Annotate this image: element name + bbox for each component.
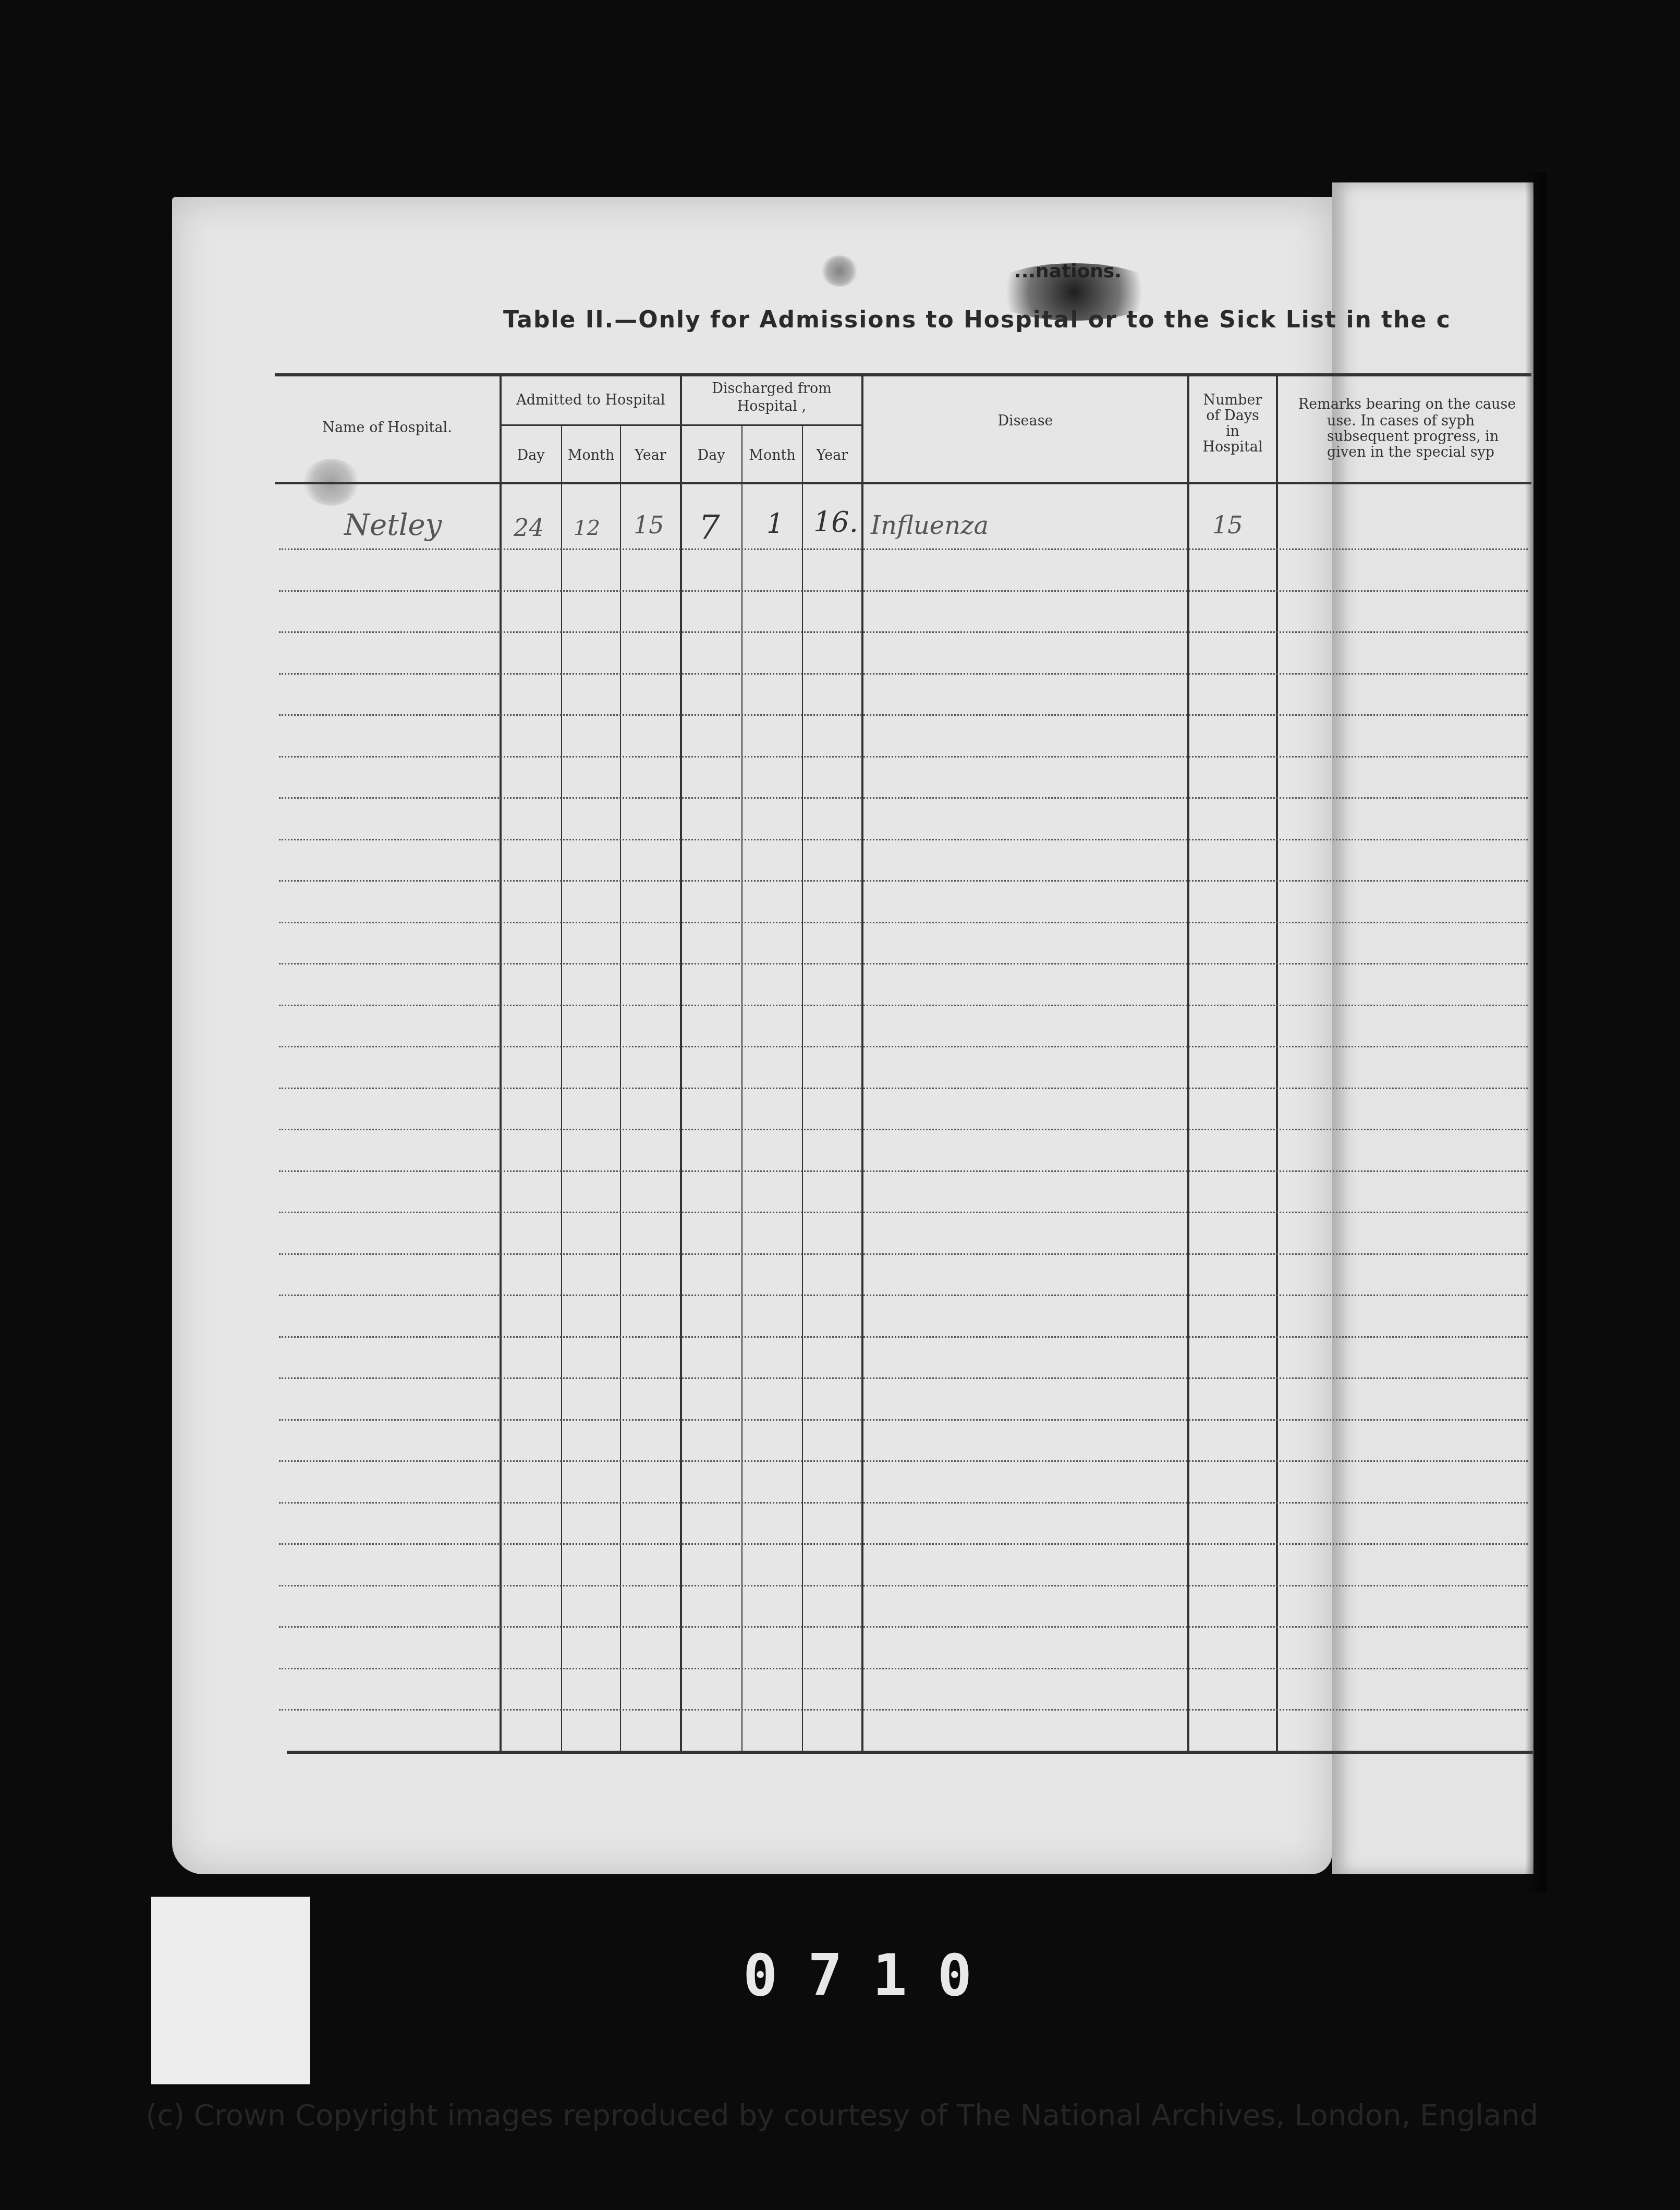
row-rule [279,1295,1528,1296]
row-rule [279,1005,1528,1006]
row-rule [279,1709,1528,1711]
stamp-partial-text: ...nations. [1014,261,1122,282]
row-rule [279,1626,1528,1628]
header-remarks-line3: subsequent progress, in [1327,429,1536,445]
header-remarks-line4: given in the special syp [1327,444,1536,461]
header-remarks-line1: Remarks bearing on the cause [1298,396,1538,413]
header-admitted-year: Year [621,447,680,464]
row-rule [279,880,1528,882]
row-rule [279,631,1528,633]
cell-discharged-day: 7 [699,508,720,547]
header-discharged-year: Year [803,447,861,464]
cell-discharged-year: 16. [813,506,858,539]
row-rule [279,922,1528,923]
header-admitted-to-hospital: Admitted to Hospital [501,392,681,409]
row-rule [279,548,1528,550]
row-rule [279,1377,1528,1379]
col-divider-admitted [680,375,682,1752]
row-rule [279,1502,1528,1504]
cell-discharged-month: 1 [766,508,784,540]
header-remarks-line2: use. In cases of syph [1327,413,1536,430]
ink-stain [821,255,858,287]
header-admitted-month: Month [562,447,620,464]
row-rule [279,1336,1528,1338]
row-rule [279,1129,1528,1130]
frame-number: 0710 [743,1942,1002,2009]
row-rule [279,673,1528,675]
row-rule [279,1585,1528,1586]
table-top-rule [275,373,1531,376]
row-rule [279,1253,1528,1255]
row-rule [279,1088,1528,1089]
row-rule [279,756,1528,758]
row-rule [279,1212,1528,1213]
row-rule [279,839,1528,840]
header-days-line3: in [1189,423,1276,440]
cell-name-of-hospital: Netley [344,508,442,542]
cell-disease: Influenza [871,511,989,540]
header-name-of-hospital: Name of Hospital. [275,420,500,436]
col-divider-discharged [861,375,863,1752]
header-bottom-rule [275,482,1531,484]
row-rule [279,1460,1528,1462]
table-title: Table II.—Only for Admissions to Hospita… [503,307,1451,333]
row-rule [279,1046,1528,1047]
col-divider-days [1276,375,1278,1752]
header-discharged-day: Day [681,447,741,464]
row-rule [279,797,1528,799]
row-rule [279,1543,1528,1545]
header-days-line1: Number [1189,392,1276,409]
header-disease: Disease [863,413,1187,430]
cell-admitted-month: 12 [574,516,600,540]
header-discharged-month: Month [742,447,802,464]
row-rule [279,1668,1528,1669]
header-days-line2: of Days [1189,408,1276,424]
cell-admitted-day: 24 [514,514,544,542]
row-rule [279,1170,1528,1172]
row-rule [279,1419,1528,1421]
header-discharged-line2: Hospital , [681,398,862,415]
row-rule [279,963,1528,964]
table-bottom-rule [287,1751,1533,1754]
cell-admitted-year: 15 [634,511,664,539]
cell-days-in-hospital: 15 [1212,511,1243,539]
col-divider-disease [1187,375,1189,1752]
copyright-notice: (c) Crown Copyright images reproduced by… [128,2098,1556,2132]
header-admitted-day: Day [501,447,561,464]
header-days-line4: Hospital [1189,439,1276,456]
header-discharged-line1: Discharged from [681,381,862,397]
col-divider-name [500,375,502,1752]
blank-index-card [151,1897,310,2084]
row-rule [279,714,1528,716]
row-rule [279,590,1528,592]
